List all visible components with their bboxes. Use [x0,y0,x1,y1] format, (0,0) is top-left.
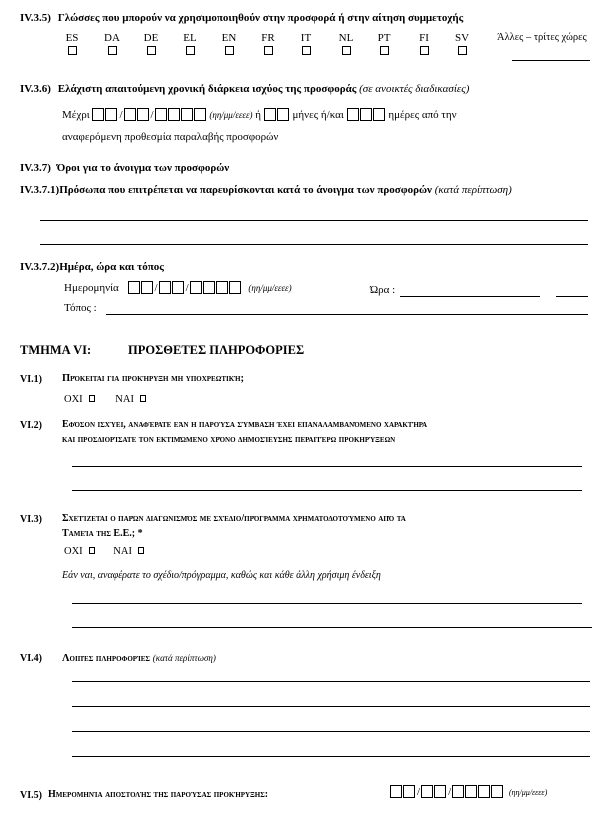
time-input-line-end[interactable] [556,296,588,297]
date-format-hint: (ηη/μμ/εεεε) [509,788,547,797]
language-checkbox[interactable] [380,46,389,55]
language-option-sv: SV [449,32,475,58]
yes-checkbox[interactable] [140,395,146,402]
language-option-fi: FI [411,32,437,58]
section-iv-3-6-heading: IV.3.6) Ελάχιστη απαιτούμενη χρονική διά… [20,83,469,95]
section-vi-2-number: VI.2) [20,420,42,431]
section-number: IV.3.7) [20,162,51,174]
language-code: DE [138,32,164,44]
section-iv-3-7-1-heading: IV.3.7.1)Πρόσωπα που επιτρέπεται να παρε… [20,184,512,196]
months-label: μήνες ή/και [293,109,344,121]
language-checkbox[interactable] [342,46,351,55]
date-month-boxes[interactable] [421,786,447,798]
yes-checkbox[interactable] [138,547,144,554]
language-checkbox[interactable] [458,46,467,55]
or-label: ή [255,109,261,121]
section-title: Όροι για το άνοιγμα των προσφορών [57,162,229,174]
section-number: IV.3.7.1) [20,184,59,196]
date-day-boxes[interactable] [92,109,118,121]
other-info-input-line-2[interactable] [72,706,590,707]
language-code: IT [293,32,319,44]
recurrence-input-line-1[interactable] [72,466,582,467]
opening-date-row: Ημερομηνία // (ηη/μμ/εεεε) [64,281,292,294]
date-day-boxes[interactable] [128,282,154,294]
vi-3-hint: Εάν ναι, αναφέρατε το σχέδιο/πρόγραμμα, … [62,570,381,581]
language-code: DA [99,32,125,44]
place-label: Τόπος : [64,302,97,314]
section-vi-3-line2: Ταμεία της Ε.Ε.; * [62,528,143,539]
language-option-de: DE [138,32,164,58]
section-note: (σε ανοικτές διαδικασίες) [359,83,469,95]
validity-line2: αναφερόμενη προθεσμία παραλαβής προσφορώ… [62,131,278,143]
section-iv-3-7-heading: IV.3.7) Όροι για το άνοιγμα των προσφορώ… [20,162,229,174]
date-format-hint: (ηη/μμ/εεεε) [209,110,252,120]
yes-label: ΝΑΙ [113,546,132,557]
language-code: FR [255,32,281,44]
days-label: ημέρες από την [388,109,456,121]
no-checkbox[interactable] [89,547,95,554]
time-label: Ώρα : [370,284,395,296]
language-checkbox[interactable] [420,46,429,55]
section-title: Πρόσωπα που επιτρέπεται να παρευρίσκοντα… [59,184,432,196]
other-info-input-line-3[interactable] [72,731,590,732]
until-label: Μέχρι [62,109,90,121]
language-code: SV [449,32,475,44]
date-day-boxes[interactable] [390,786,416,798]
section-vi-5-number: VI.5) [20,790,42,801]
language-option-pt: PT [371,32,397,58]
section-vi-4-number: VI.4) [20,653,42,664]
section-vi-1-number: VI.1) [20,374,42,385]
section-vi-3-line1: Σχετίζεται ο παρών διαγωνισμός με σχέδιο… [62,513,406,524]
recurrence-input-line-2[interactable] [72,490,582,491]
language-checkbox[interactable] [302,46,311,55]
section-vi-1-title: Πρόκειται για προκήρυξη μη υποχρεωτική; [62,373,244,384]
place-input-line[interactable] [106,314,588,315]
eu-programme-input-line-1[interactable] [72,603,582,604]
date-format-hint: (ηη/μμ/εεεε) [248,283,291,293]
section-title: Ελάχιστη απαιτούμενη χρονική διάρκεια ισ… [58,83,357,95]
language-code: FI [411,32,437,44]
section-note: (κατά περίπτωση) [435,184,512,196]
section-vi-5-title: Ημερομηνία αποστολής της παρούσας προκήρ… [48,789,268,800]
section-number: IV.3.5) [20,12,51,24]
language-checkbox[interactable] [68,46,77,55]
date-month-boxes[interactable] [159,282,185,294]
language-code: EN [216,32,242,44]
section-iv-3-5-heading: IV.3.5) Γλώσσες που μπορούν να χρησιμοπο… [20,12,463,24]
date-month-boxes[interactable] [124,109,150,121]
section-vi-title: ΠΡΟΣΘΕΤΕΣ ΠΛΗΡΟΦΟΡΙΕΣ [128,343,304,358]
section-vi-3-number: VI.3) [20,514,42,525]
date-label: Ημερομηνία [64,282,119,294]
attendees-input-line-2[interactable] [40,244,588,245]
no-label: ΟΧΙ [64,546,83,557]
language-option-it: IT [293,32,319,58]
date-year-boxes[interactable] [155,109,207,121]
section-title: Λοιπές πληροφορίες [62,653,150,664]
other-languages-label: Άλλες – τρίτες χώρες [497,32,587,43]
section-note: (κατά περίπτωση) [153,653,216,663]
days-boxes[interactable] [347,109,386,121]
section-vi-2-line1: Εφόσον ισχύει, αναφέρατε εάν η παρούσα σ… [62,419,427,430]
date-year-boxes[interactable] [190,282,242,294]
section-number: IV.3.6) [20,83,51,95]
validity-duration-row: Μέχρι // (ηη/μμ/εεεε) ή μήνες ή/και ημέρ… [62,108,457,121]
section-vi-4-heading: Λοιπές πληροφορίες (κατά περίπτωση) [62,652,216,664]
language-option-fr: FR [255,32,281,58]
time-input-line[interactable] [400,296,540,297]
language-checkbox[interactable] [186,46,195,55]
language-code: PT [371,32,397,44]
language-checkbox[interactable] [264,46,273,55]
vi-1-options: ΟΧΙ ΝΑΙ [64,394,146,405]
section-title: Ημέρα, ώρα και τόπος [59,261,164,273]
months-boxes[interactable] [264,109,290,121]
language-code: EL [177,32,203,44]
other-info-input-line-1[interactable] [72,681,590,682]
no-checkbox[interactable] [89,395,95,402]
section-title: Γλώσσες που μπορούν να χρησιμοποιηθούν σ… [58,12,464,24]
section-iv-3-7-2-heading: IV.3.7.2)Ημέρα, ώρα και τόπος [20,261,164,273]
language-option-nl: NL [333,32,359,58]
dispatch-date-row: // (ηη/μμ/εεεε) [390,785,547,798]
yes-label: ΝΑΙ [115,394,134,405]
language-code: NL [333,32,359,44]
section-vi-label: ΤΜΗΜΑ VI: [20,343,91,358]
no-label: ΟΧΙ [64,394,83,405]
eu-programme-input-line-2[interactable] [72,627,592,628]
language-code: ES [59,32,85,44]
section-number: IV.3.7.2) [20,261,59,273]
vi-3-options: ΟΧΙ ΝΑΙ [64,546,144,557]
language-option-es: ES [59,32,85,58]
other-info-input-line-4[interactable] [72,756,590,757]
language-option-en: EN [216,32,242,58]
language-checkbox[interactable] [225,46,234,55]
other-languages-input-line[interactable] [512,60,590,61]
section-vi-2-line2: και προσδιορίσατε τον εκτιμώμενο χρόνο δ… [62,434,395,445]
attendees-input-line-1[interactable] [40,220,588,221]
language-option-da: DA [99,32,125,58]
language-checkbox[interactable] [147,46,156,55]
language-checkbox[interactable] [108,46,117,55]
date-year-boxes[interactable] [452,786,504,798]
language-option-el: EL [177,32,203,58]
